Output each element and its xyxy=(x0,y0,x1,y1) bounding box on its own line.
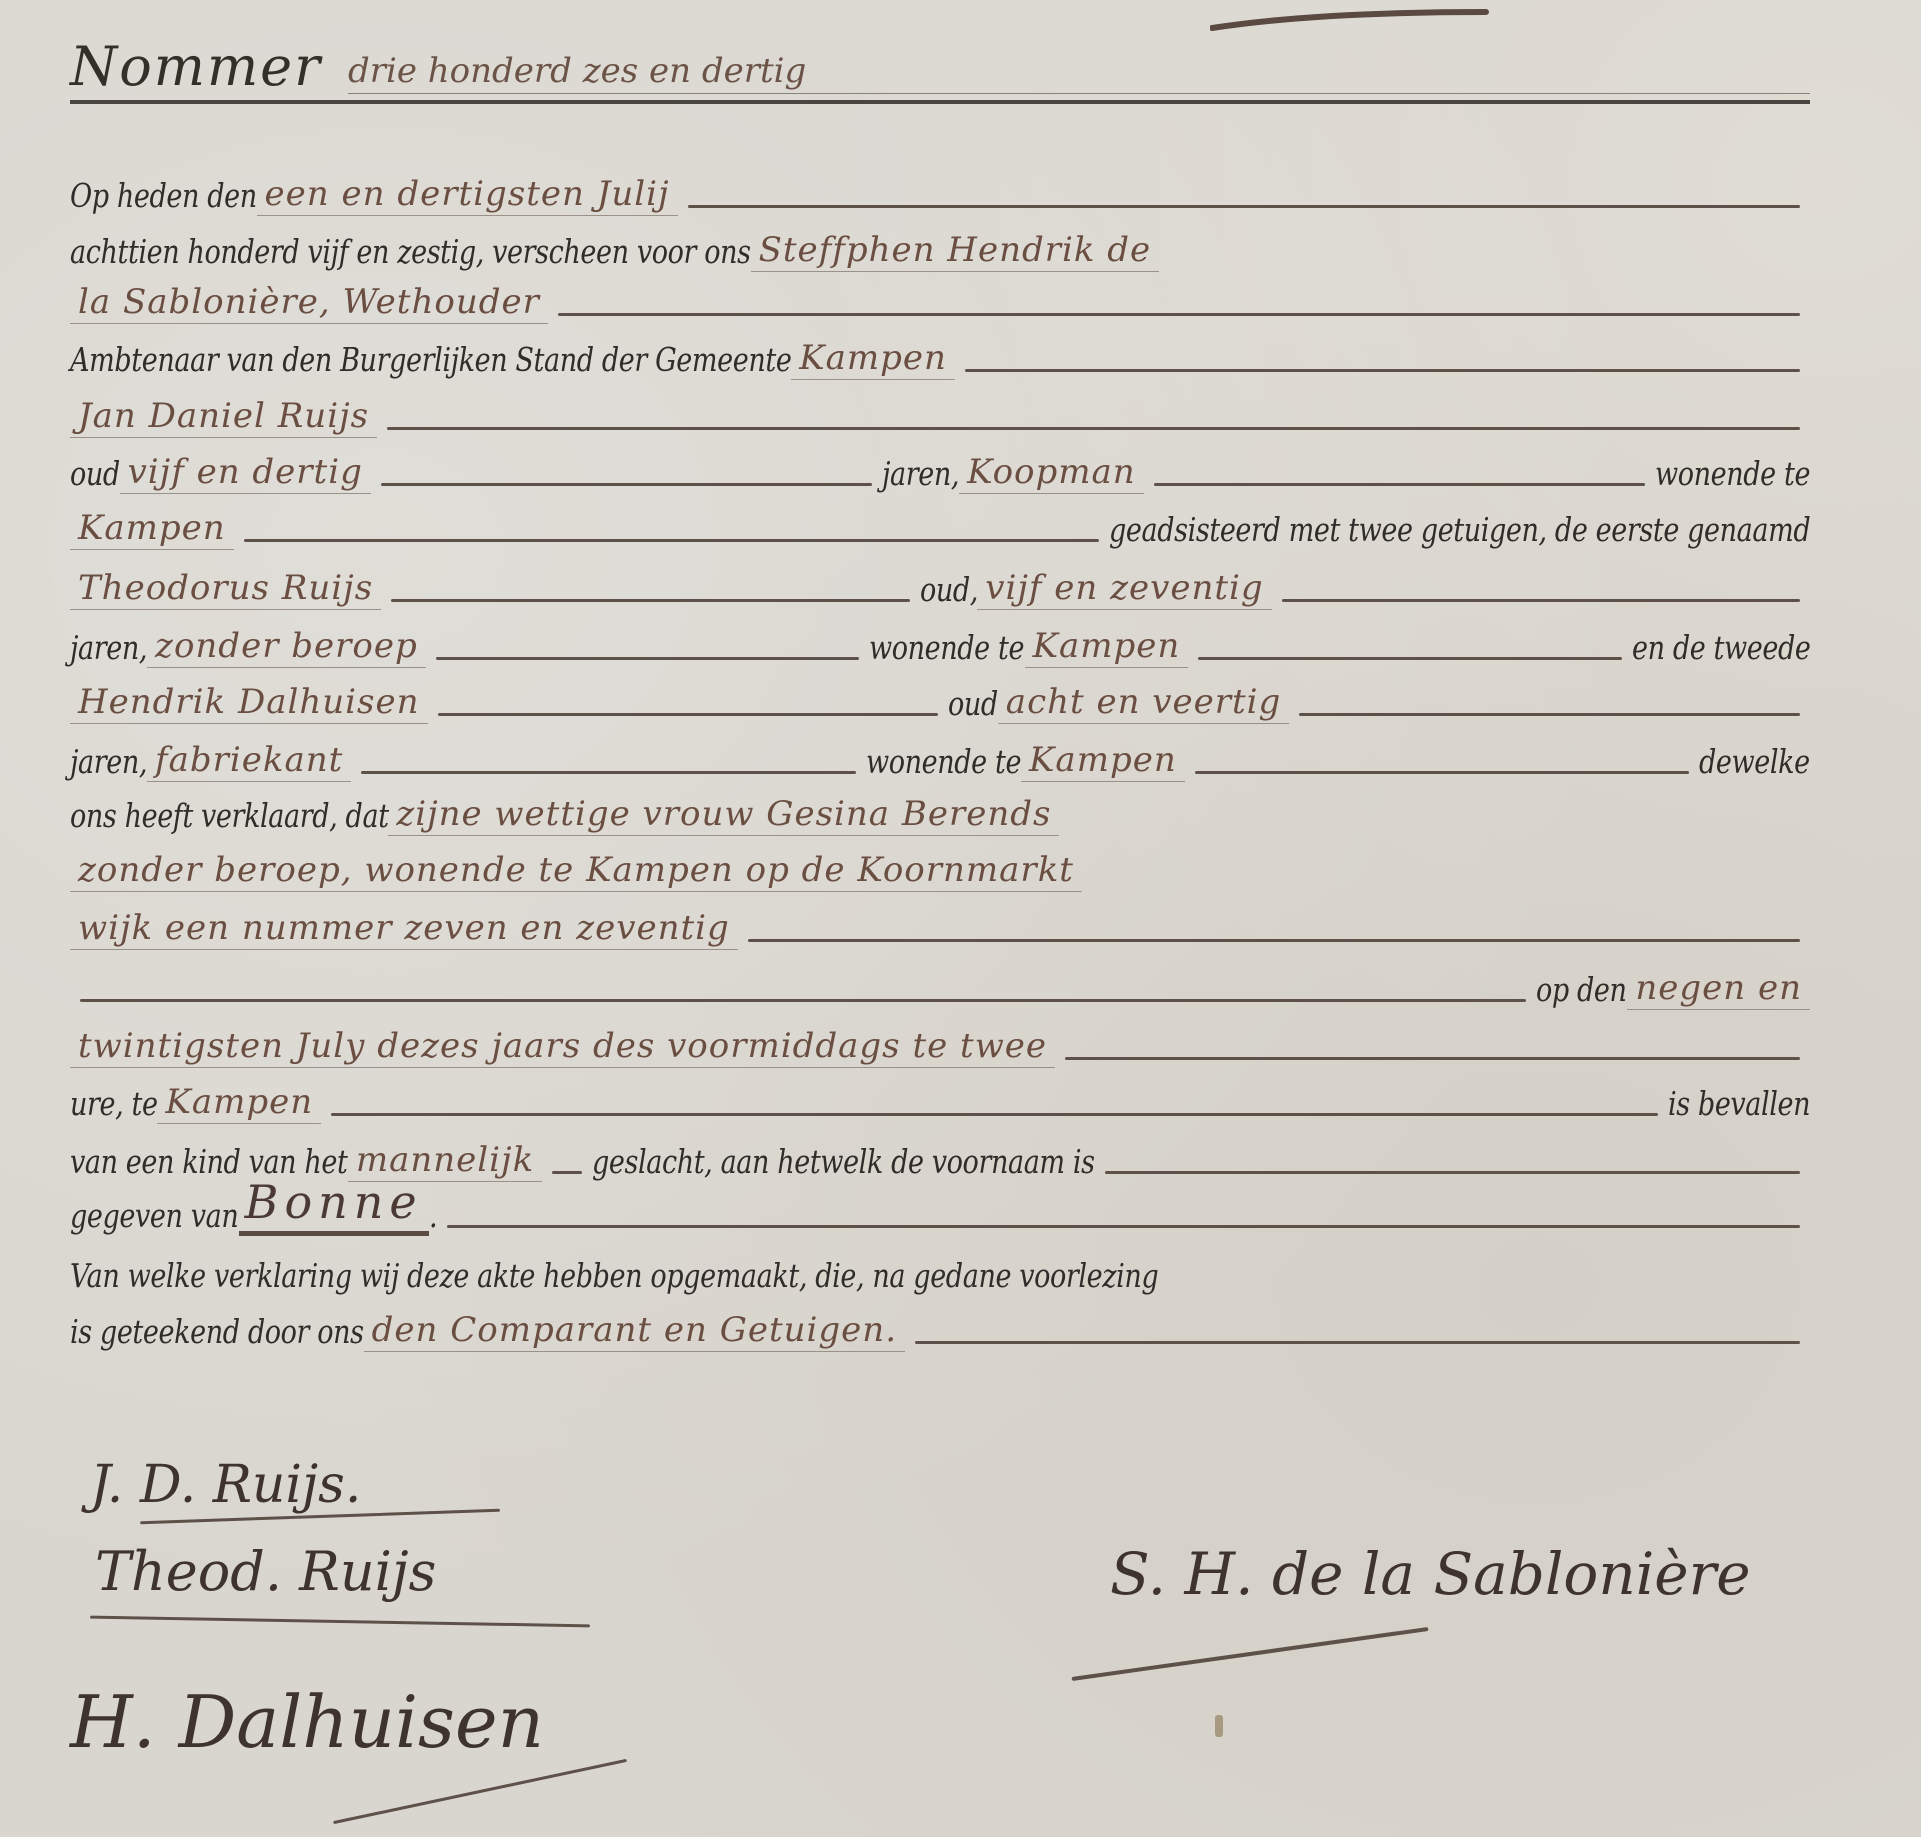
handwritten-entry: Kampen xyxy=(1021,743,1185,782)
filler-dash xyxy=(688,205,1800,208)
form-line: zonder beroep, wonende te Kampen op de K… xyxy=(70,834,1810,892)
filler-dash xyxy=(1195,771,1690,774)
header-divider xyxy=(70,100,1810,104)
filler-dash xyxy=(965,369,1800,372)
printed-text: oud, xyxy=(920,573,978,610)
form-line: wijk een nummer zeven en zeventig xyxy=(70,892,1810,950)
handwritten-entry: negen en xyxy=(1627,971,1810,1010)
printed-text: en de tweede xyxy=(1632,631,1810,668)
handwritten-entry: Kampen xyxy=(157,1085,321,1124)
form-line: is geteekend door onsden Comparant en Ge… xyxy=(70,1294,1810,1352)
form-line: oudvijf en dertigjaren,Koopmanwonende te xyxy=(70,436,1810,494)
handwritten-entry: Koopman xyxy=(959,455,1144,494)
filler-dash xyxy=(80,999,1526,1002)
filler-dash xyxy=(436,657,860,660)
form-line: achttien honderd vijf en zestig, versche… xyxy=(70,214,1810,272)
printed-text: dewelke xyxy=(1699,745,1810,782)
printed-text: geadsisteerd met twee getuigen, de eerst… xyxy=(1109,513,1810,550)
number-label: Nommer xyxy=(70,40,322,94)
handwritten-entry: vijf en zeventig xyxy=(977,571,1271,610)
handwritten-entry: wijk een nummer zeven en zeventig xyxy=(70,911,738,950)
filler-dash xyxy=(558,313,1800,316)
form-line: jaren,fabriekantwonende teKampendewelke xyxy=(70,724,1810,782)
signature-underline xyxy=(333,1759,627,1824)
filler-dash xyxy=(331,1113,1657,1116)
handwritten-entry: twintigsten July dezes jaars des voormid… xyxy=(70,1029,1055,1068)
printed-text: gegeven van xyxy=(70,1199,238,1236)
printed-text: jaren, xyxy=(70,631,147,668)
child-given-name: Bonne xyxy=(239,1175,429,1236)
printed-text: oud xyxy=(70,457,120,494)
handwritten-entry: Kampen xyxy=(1025,629,1189,668)
form-line: Kampengeadsisteerd met twee getuigen, de… xyxy=(70,492,1810,550)
signature-underline xyxy=(90,1616,590,1628)
handwritten-entry: zijne wettige vrouw Gesina Berends xyxy=(388,797,1059,836)
handwritten-entry: Kampen xyxy=(791,341,955,380)
handwritten-entry: vijf en dertig xyxy=(120,455,371,494)
handwritten-entry: Hendrik Dalhuisen xyxy=(70,685,428,724)
printed-text: jaren, xyxy=(70,745,147,782)
signature-witness-1: Theod. Ruijs xyxy=(95,1540,436,1603)
printed-text: ure, te xyxy=(70,1087,158,1124)
signature-father: J. D. Ruijs. xyxy=(90,1455,361,1515)
printed-text: jaren, xyxy=(882,457,959,494)
filler-dash xyxy=(387,427,1800,430)
printed-text: op den xyxy=(1536,973,1627,1010)
form-line: Op heden deneen en dertigsten Julij xyxy=(70,158,1810,216)
printed-text: ons heeft verklaard, dat xyxy=(70,799,389,836)
filler-dash xyxy=(438,713,939,716)
printed-text: is geteekend door ons xyxy=(70,1315,364,1352)
printed-text: is bevallen xyxy=(1668,1087,1810,1124)
signature-witness-2: H. Dalhuisen xyxy=(70,1680,544,1764)
handwritten-entry: Jan Daniel Ruijs xyxy=(70,399,377,438)
handwritten-entry: Kampen xyxy=(70,511,234,550)
handwritten-entry: zonder beroep, wonende te Kampen op de K… xyxy=(70,853,1082,892)
filler-dash xyxy=(361,771,856,774)
form-line: van een kind van hetmannelijkgeslacht, a… xyxy=(70,1124,1810,1182)
printed-text: geslacht, aan hetwelk de voornaam is xyxy=(592,1145,1095,1182)
form-line: la Sablonière, Wethouder xyxy=(70,266,1810,324)
filler-dash xyxy=(391,599,909,602)
printed-text: Van welke verklaring wij deze akte hebbe… xyxy=(70,1259,1158,1296)
filler-dash xyxy=(1105,1171,1800,1174)
filler-dash xyxy=(915,1341,1800,1344)
printed-text: oud xyxy=(948,687,998,724)
printed-text: Ambtenaar van den Burgerlijken Stand der… xyxy=(70,343,791,380)
printed-text: wonende te xyxy=(1655,457,1810,494)
printed-text: wonende te xyxy=(869,631,1024,668)
filler-dash xyxy=(381,483,872,486)
form-line: Ambtenaar van den Burgerlijken Stand der… xyxy=(70,322,1810,380)
form-line: op dennegen en xyxy=(70,952,1810,1010)
signature-underline xyxy=(1071,1627,1428,1681)
form-line: ons heeft verklaard, datzijne wettige vr… xyxy=(70,778,1810,836)
form-line: twintigsten July dezes jaars des voormid… xyxy=(70,1010,1810,1068)
certificate-page: Nommer drie honderd zes en dertig Op hed… xyxy=(0,0,1921,1837)
handwritten-entry: la Sablonière, Wethouder xyxy=(70,285,548,324)
form-line: ure, teKampenis bevallen xyxy=(70,1066,1810,1124)
handwritten-entry: zonder beroep xyxy=(147,629,426,668)
handwritten-entry: een en dertigsten Julij xyxy=(257,177,678,216)
form-line: Theodorus Ruijsoud,vijf en zeventig xyxy=(70,552,1810,610)
certificate-number-row: Nommer drie honderd zes en dertig xyxy=(70,30,1810,94)
handwritten-entry: fabriekant xyxy=(147,743,351,782)
ink-mark xyxy=(1215,1715,1223,1737)
handwritten-entry: den Comparant en Getuigen. xyxy=(364,1313,905,1352)
form-line: jaren,zonder beroepwonende teKampenen de… xyxy=(70,610,1810,668)
signature-official: S. H. de la Sablonière xyxy=(1110,1540,1751,1608)
filler-dash xyxy=(1065,1057,1800,1060)
printed-text: Op heden den xyxy=(70,179,257,216)
filler-dash xyxy=(748,939,1800,942)
printed-text: . xyxy=(429,1199,437,1236)
form-line: gegeven vanBonne. xyxy=(70,1178,1810,1236)
filler-dash xyxy=(244,539,1099,542)
filler-dash xyxy=(552,1171,582,1174)
form-line: Hendrik Dalhuisenoudacht en veertig xyxy=(70,666,1810,724)
filler-dash xyxy=(1282,599,1800,602)
pen-flourish xyxy=(1210,8,1490,32)
form-line: Van welke verklaring wij deze akte hebbe… xyxy=(70,1238,1810,1296)
form-line: Jan Daniel Ruijs xyxy=(70,380,1810,438)
filler-dash xyxy=(1198,657,1622,660)
printed-text: wonende te xyxy=(866,745,1021,782)
filler-dash xyxy=(1299,713,1800,716)
number-value: drie honderd zes en dertig xyxy=(348,51,1810,94)
filler-dash xyxy=(447,1225,1800,1228)
handwritten-entry: Theodorus Ruijs xyxy=(70,571,381,610)
filler-dash xyxy=(1154,483,1645,486)
handwritten-entry: acht en veertig xyxy=(998,685,1290,724)
